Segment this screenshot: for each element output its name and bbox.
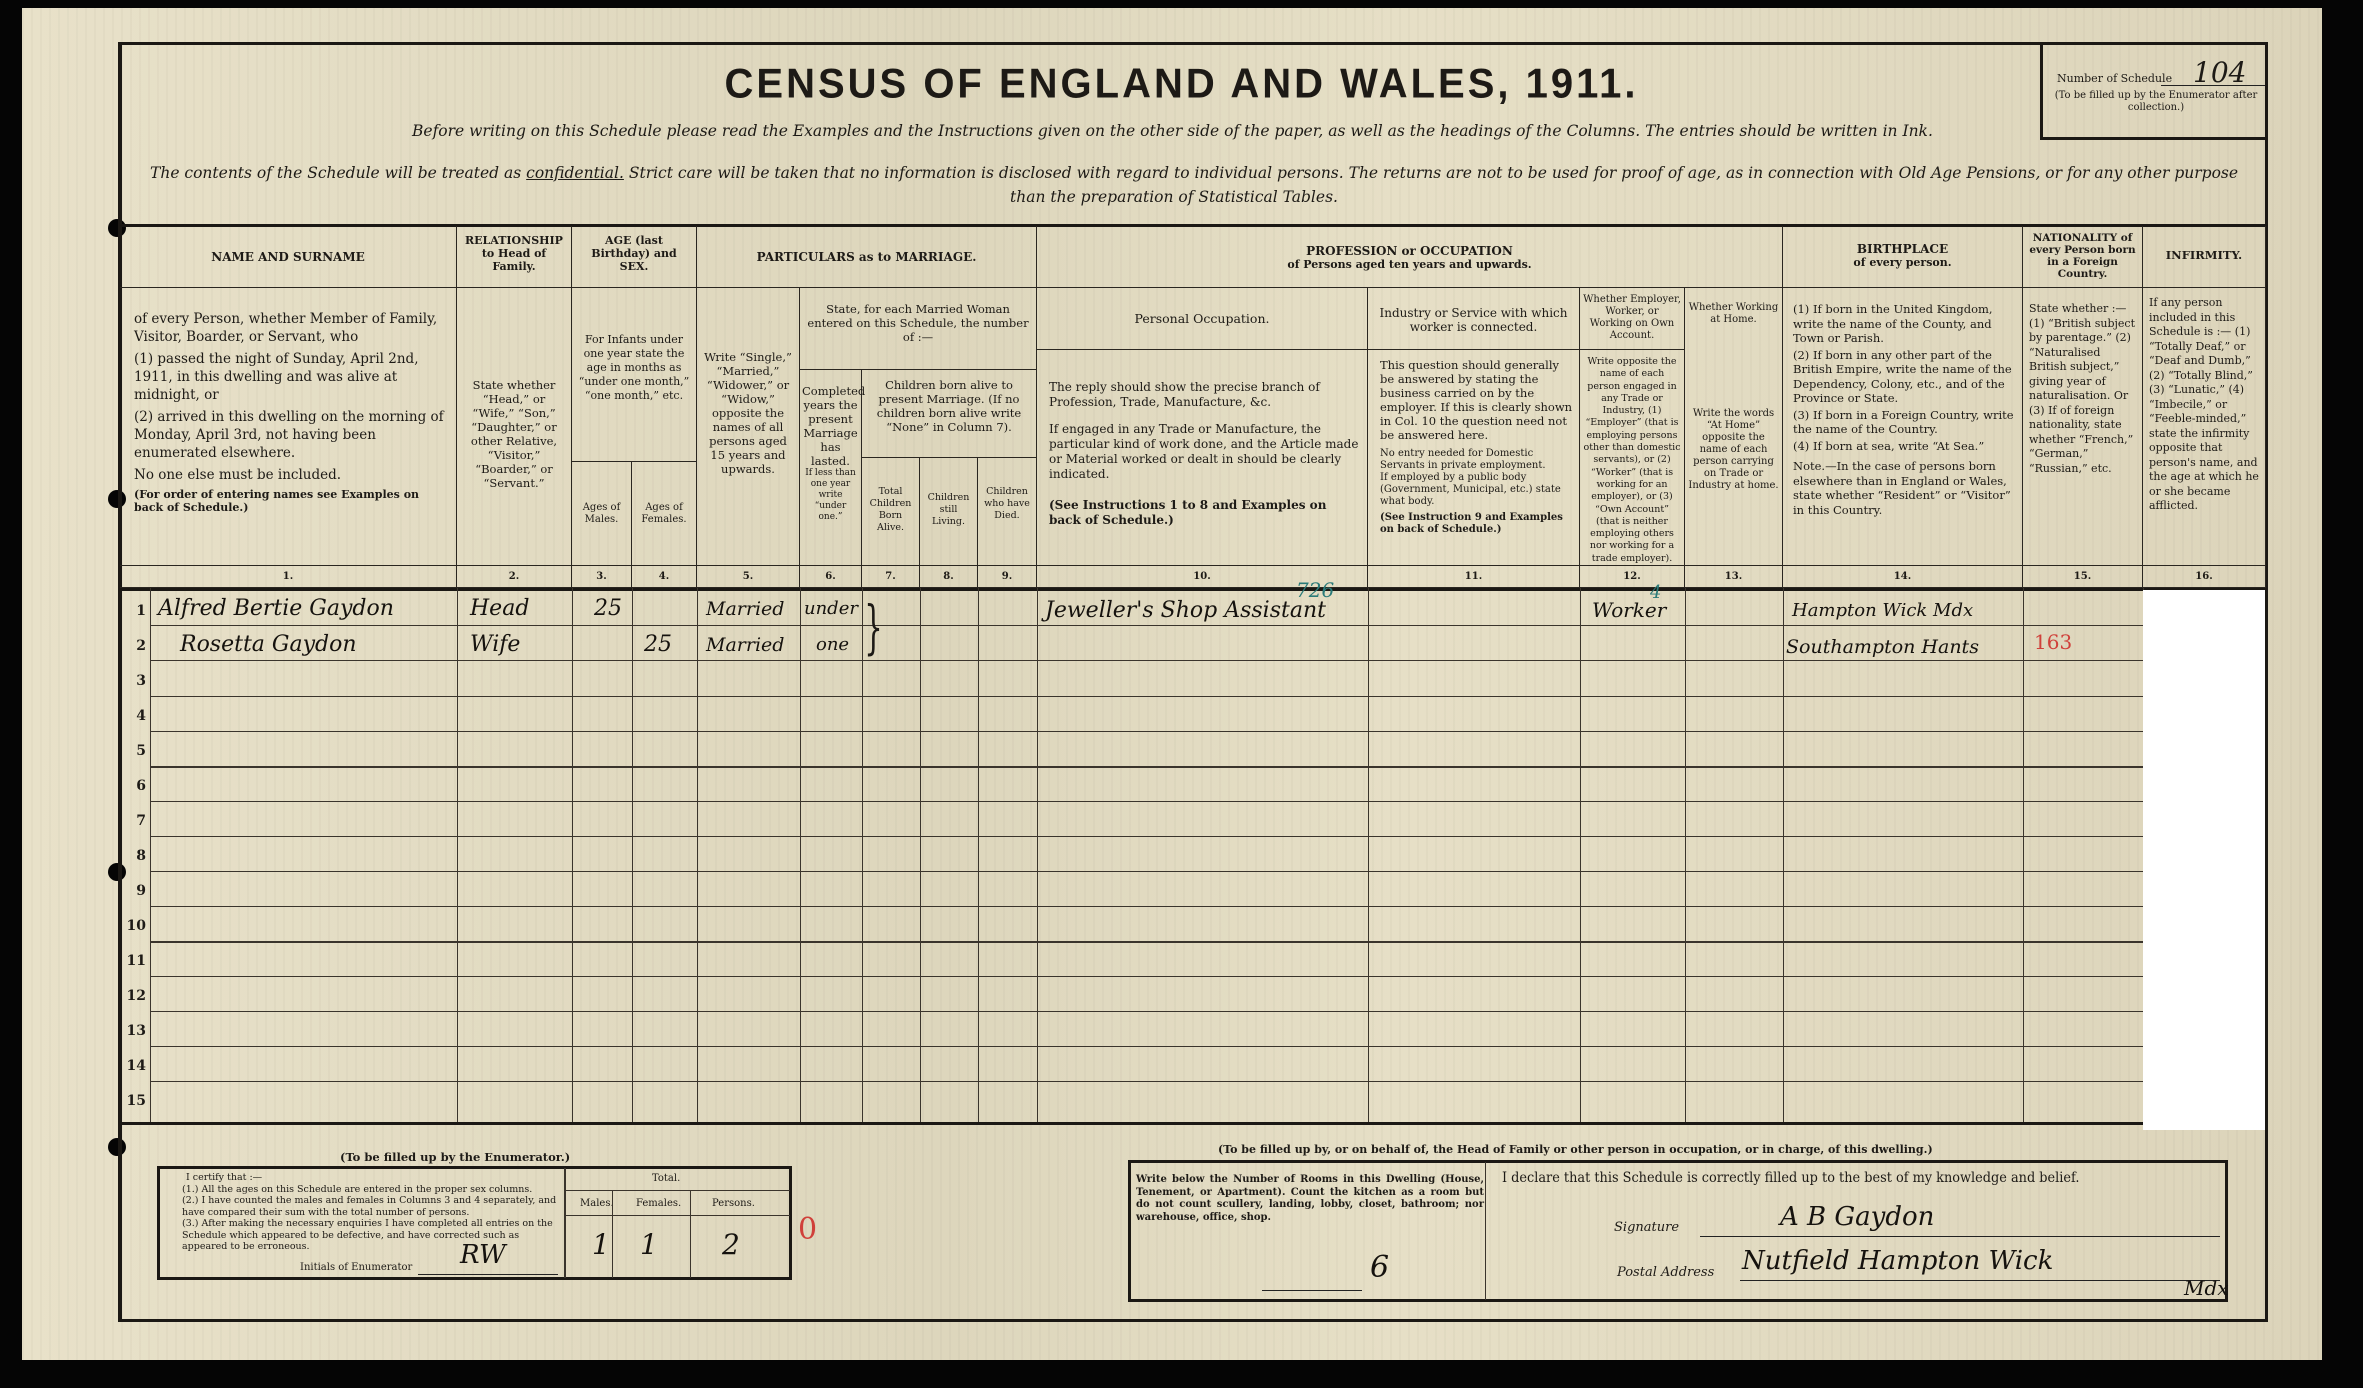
col34-instructions: For Infants under one year state the age… bbox=[572, 288, 697, 462]
row-line bbox=[150, 836, 2143, 837]
birthplace-code: 163 bbox=[2034, 630, 2072, 654]
col1-p1: (1) passed the night of Sunday, April 2n… bbox=[134, 350, 448, 404]
col14-p4: (4) If born at sea, write “At Sea.” bbox=[1793, 439, 2016, 454]
col-line bbox=[1580, 588, 1581, 1122]
rooms-count[interactable]: 6 bbox=[1370, 1250, 1389, 1285]
col6-instructions: Completed years the present Marriage has… bbox=[800, 370, 862, 566]
col11-instructions: This question should generally be answer… bbox=[1368, 350, 1580, 566]
col14-p3: (3) If born in a Foreign Country, write … bbox=[1793, 408, 2016, 437]
col16-number: 16. bbox=[2143, 566, 2266, 588]
totals-rule bbox=[565, 1190, 790, 1191]
postal-address-county[interactable]: Mdx bbox=[2184, 1276, 2229, 1300]
schedule-number-label: Number of Schedule bbox=[2057, 72, 2172, 85]
row-line bbox=[150, 660, 2143, 661]
certify-intro: I certify that :— bbox=[182, 1172, 562, 1184]
col2-instructions: State whether “Head,” or “Wife,” “Son,” … bbox=[457, 288, 572, 566]
col3-number: 3. bbox=[572, 566, 632, 588]
row-line bbox=[150, 1046, 2143, 1047]
col1-p2: (2) arrived in this dwelling on the morn… bbox=[134, 408, 448, 462]
entry-years-married[interactable]: under bbox=[804, 598, 858, 619]
col13-instructions: Whether Working at Home. Write the words… bbox=[1685, 288, 1783, 566]
col2-number: 2. bbox=[457, 566, 572, 588]
col11-number: 11. bbox=[1368, 566, 1580, 588]
col15-instructions: State whether :— (1) “British subject by… bbox=[2023, 288, 2143, 566]
col4-header-females: Ages of Females. bbox=[632, 462, 697, 566]
initials-label: Initials of Enumerator bbox=[300, 1262, 412, 1274]
totals-rule bbox=[565, 1215, 790, 1216]
row-line bbox=[150, 871, 2143, 872]
col14-p1: (1) If born in the United Kingdom, write… bbox=[1793, 302, 2016, 346]
col1-p3: No one else must be included. bbox=[134, 466, 448, 484]
head-divider bbox=[1485, 1162, 1486, 1300]
confidential-text-a: The contents of the Schedule will be tre… bbox=[150, 164, 521, 182]
col12-number: 12. bbox=[1580, 566, 1685, 588]
col-line bbox=[2023, 588, 2024, 1122]
occupation-title: PROFESSION or OCCUPATION bbox=[1037, 244, 1782, 258]
col8-number: 8. bbox=[920, 566, 978, 588]
entry-name[interactable]: Alfred Bertie Gaydon bbox=[158, 596, 394, 621]
row-number: 13 bbox=[118, 1023, 146, 1039]
row-number: 2 bbox=[118, 638, 146, 654]
row-line bbox=[150, 731, 2143, 732]
col16-title: INFIRMITY. bbox=[2143, 226, 2266, 288]
col-line bbox=[1368, 588, 1369, 1122]
rooms-instruction: Write below the Number of Rooms in this … bbox=[1136, 1174, 1484, 1224]
declaration: I declare that this Schedule is correctl… bbox=[1502, 1170, 2079, 1186]
col34-title: AGE (last Birthday) and SEX. bbox=[572, 226, 697, 288]
col11-body1: This question should generally be answer… bbox=[1380, 358, 1573, 442]
col5-instructions: Write “Single,” “Married,” “Widower,” or… bbox=[697, 288, 800, 566]
row-line bbox=[150, 941, 2143, 943]
rooms-line bbox=[1262, 1290, 1362, 1291]
occupation-subtitle: of Persons aged ten years and upwards. bbox=[1037, 258, 1782, 272]
persons-label: Persons. bbox=[712, 1198, 755, 1210]
row-number: 6 bbox=[118, 778, 146, 794]
head-heading: (To be filled up by, or on behalf of, th… bbox=[1218, 1143, 1933, 1156]
col10-body2: If engaged in any Trade or Manufacture, … bbox=[1049, 422, 1359, 482]
schedule-number-box: Number of Schedule 104 (To be filled up … bbox=[2040, 44, 2268, 140]
col12-head: Whether Employer, Worker, or Working on … bbox=[1580, 288, 1685, 350]
entry-birthplace[interactable]: Hampton Wick Mdx bbox=[1792, 600, 1973, 621]
col4-number: 4. bbox=[632, 566, 697, 588]
col59-title: PARTICULARS as to MARRIAGE. bbox=[697, 226, 1037, 288]
col13-body: Write the words “At Home” opposite the n… bbox=[1688, 408, 1779, 492]
entry-relationship[interactable]: Wife bbox=[470, 632, 520, 657]
row-line bbox=[150, 906, 2143, 907]
col-line bbox=[572, 588, 573, 1122]
birthplace-title: BIRTHPLACE bbox=[1783, 242, 2022, 256]
col9-header: Children who have Died. bbox=[978, 458, 1037, 566]
col7-header: Total Children Born Alive. bbox=[862, 458, 920, 566]
col11-body4: (See Instruction 9 and Examples on back … bbox=[1380, 512, 1573, 536]
confidential-notice: The contents of the Schedule will be tre… bbox=[150, 164, 2238, 182]
schedule-number[interactable]: 104 bbox=[2193, 56, 2246, 89]
enumerator-heading: (To be filled up by the Enumerator.) bbox=[340, 1150, 570, 1164]
col2-title: RELATIONSHIP to Head of Family. bbox=[457, 226, 572, 288]
entry-marriage[interactable]: Married bbox=[706, 634, 784, 656]
col6-text: Completed years the present Marriage has… bbox=[802, 384, 859, 468]
data-bottom-rule bbox=[120, 1122, 2266, 1125]
col10-body3: (See Instructions 1 to 8 and Examples on… bbox=[1049, 498, 1359, 528]
signature-label: Signature bbox=[1614, 1220, 1679, 1235]
birthplace-subtitle: of every person. bbox=[1783, 256, 2022, 270]
col14-number: 14. bbox=[1783, 566, 2023, 588]
col1-p4: (For order of entering names see Example… bbox=[134, 488, 448, 514]
col10-head: Personal Occupation. bbox=[1037, 288, 1368, 350]
col11-body3: If employed by a public body (Government… bbox=[1380, 472, 1573, 508]
total-annotation: 0 bbox=[798, 1212, 817, 1247]
col-line bbox=[978, 588, 979, 1122]
initials-line bbox=[418, 1274, 558, 1275]
confidential-notice-line2: than the preparation of Statistical Tabl… bbox=[1010, 188, 1338, 206]
certify-1: (1.) All the ages on this Schedule are e… bbox=[182, 1184, 562, 1196]
entry-relationship[interactable]: Head bbox=[470, 596, 529, 621]
row-line bbox=[150, 1081, 2143, 1082]
row-number: 5 bbox=[118, 743, 146, 759]
col14-instructions: (1) If born in the United Kingdom, write… bbox=[1783, 288, 2023, 566]
col11-body2: No entry needed for Domestic Servants in… bbox=[1380, 448, 1573, 472]
col6-number: 6. bbox=[800, 566, 862, 588]
row-number: 1 bbox=[118, 603, 146, 619]
col14-note: Note.—In the case of persons born elsewh… bbox=[1793, 459, 2016, 517]
row-number: 9 bbox=[118, 883, 146, 899]
col6-small: If less than one year write “under one.” bbox=[802, 468, 859, 523]
col-line bbox=[150, 588, 151, 1122]
row-line bbox=[150, 696, 2143, 697]
col-line bbox=[457, 588, 458, 1122]
row-line bbox=[150, 976, 2143, 977]
total-males[interactable]: 1 bbox=[592, 1228, 610, 1261]
certify-2: (2.) I have counted the males and female… bbox=[182, 1195, 562, 1218]
col-line bbox=[1685, 588, 1686, 1122]
col15-number: 15. bbox=[2023, 566, 2143, 588]
entry-name[interactable]: Rosetta Gaydon bbox=[180, 632, 357, 657]
col-line bbox=[697, 588, 698, 1122]
col1-number: 1. bbox=[120, 566, 457, 588]
totals-col bbox=[612, 1190, 613, 1278]
col9-number: 9. bbox=[978, 566, 1037, 588]
col7-number: 7. bbox=[862, 566, 920, 588]
redaction-box bbox=[2143, 590, 2265, 1130]
postal-address[interactable]: Nutfield Hampton Wick bbox=[1742, 1246, 2053, 1276]
row-line bbox=[150, 801, 2143, 802]
row-number: 15 bbox=[118, 1093, 146, 1109]
col12-instructions: Write opposite the name of each person e… bbox=[1580, 350, 1685, 566]
brace-mark: } bbox=[864, 598, 882, 656]
total-label: Total. bbox=[652, 1173, 680, 1185]
col14-p2: (2) If born in any other part of the Bri… bbox=[1793, 348, 2016, 406]
col1-title: NAME AND SURNAME bbox=[120, 226, 457, 288]
row-number: 7 bbox=[118, 813, 146, 829]
confidential-word: confidential. bbox=[526, 164, 624, 182]
col3-header-males: Ages of Males. bbox=[572, 462, 632, 566]
col-line bbox=[1783, 588, 1784, 1122]
entry-age-female[interactable]: 25 bbox=[644, 632, 672, 657]
females-label: Females. bbox=[636, 1198, 681, 1210]
entry-marriage[interactable]: Married bbox=[706, 598, 784, 620]
row-number: 10 bbox=[118, 918, 146, 934]
col16-instructions: If any person included in this Schedule … bbox=[2143, 288, 2266, 566]
row-line bbox=[150, 766, 2143, 768]
address-label: Postal Address bbox=[1617, 1265, 1714, 1280]
entry-birthplace[interactable]: Southampton Hants bbox=[1786, 636, 1979, 658]
col13-head: Whether Working at Home. bbox=[1688, 302, 1779, 326]
schedule-number-note: (To be filled up by the Enumerator after… bbox=[2049, 90, 2263, 114]
occupation-code: 726 bbox=[1296, 578, 1334, 602]
signature[interactable]: A B Gaydon bbox=[1780, 1202, 1934, 1232]
entry-occupation[interactable]: Jeweller's Shop Assistant bbox=[1045, 598, 1326, 623]
instruction-line: Before writing on this Schedule please r… bbox=[412, 122, 1933, 140]
col10-instructions: The reply should show the precise branch… bbox=[1037, 350, 1368, 566]
row-number: 14 bbox=[118, 1058, 146, 1074]
row-line bbox=[150, 625, 2143, 626]
address-line bbox=[1740, 1280, 2220, 1281]
page-title: CENSUS OF ENGLAND AND WALES, 1911. bbox=[0, 61, 2363, 108]
row-line bbox=[150, 1011, 2143, 1012]
col-line bbox=[862, 588, 863, 1122]
enumerator-initials[interactable]: RW bbox=[460, 1240, 506, 1270]
col10-body1: The reply should show the precise branch… bbox=[1049, 380, 1359, 410]
col69-married-woman: State, for each Married Woman entered on… bbox=[800, 288, 1037, 370]
col14-title: BIRTHPLACE of every person. bbox=[1783, 226, 2023, 288]
col15-title: NATIONALITY of every Person born in a Fo… bbox=[2023, 226, 2143, 288]
col-line bbox=[920, 588, 921, 1122]
col-line bbox=[800, 588, 801, 1122]
row-number: 3 bbox=[118, 673, 146, 689]
row-number: 11 bbox=[118, 953, 146, 969]
row-number: 8 bbox=[118, 848, 146, 864]
col1-instructions: of every Person, whether Member of Famil… bbox=[120, 288, 457, 566]
col8-header: Children still Living. bbox=[920, 458, 978, 566]
entry-age-male[interactable]: 25 bbox=[594, 596, 622, 621]
total-persons[interactable]: 2 bbox=[722, 1228, 740, 1261]
totals-col bbox=[690, 1190, 691, 1278]
data-top-rule bbox=[120, 588, 2266, 591]
col79-children: Children born alive to present Marriage.… bbox=[862, 370, 1037, 458]
col1-intro: of every Person, whether Member of Famil… bbox=[134, 310, 448, 346]
employment-code: 4 bbox=[1650, 582, 1661, 603]
totals-divider bbox=[564, 1168, 566, 1278]
col1013-title: PROFESSION or OCCUPATION of Persons aged… bbox=[1037, 226, 1783, 288]
males-label: Males. bbox=[580, 1198, 614, 1210]
col-line bbox=[632, 588, 633, 1122]
confidential-text-b: Strict care will be taken that no inform… bbox=[629, 164, 2238, 182]
col5-number: 5. bbox=[697, 566, 800, 588]
total-females[interactable]: 1 bbox=[640, 1228, 658, 1261]
row-number: 4 bbox=[118, 708, 146, 724]
col13-number: 13. bbox=[1685, 566, 1783, 588]
col-line bbox=[1037, 588, 1038, 1122]
signature-line bbox=[1700, 1236, 2220, 1237]
row-number: 12 bbox=[118, 988, 146, 1004]
entry-years-married[interactable]: one bbox=[816, 634, 849, 655]
col11-head: Industry or Service with which worker is… bbox=[1368, 288, 1580, 350]
